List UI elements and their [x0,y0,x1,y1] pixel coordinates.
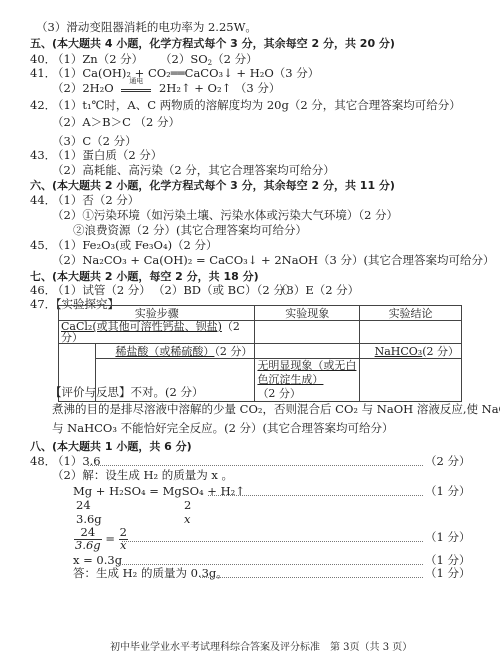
row3-phenomenon-line2: 色沉淀生成） [257,373,323,386]
row1-phenomenon [255,321,360,344]
h2-molar-mass: 2 [184,500,191,512]
q41-answer-1: （1）Ca(OH)₂ + CO₂══CaCO₃↓ + H₂O（3 分） [52,68,319,80]
row1-step-answer: CaCl₂(或其他可溶性钙盐、钡盐) [61,320,222,333]
q43-answer-2: （2）高耗能、高污染（2 分，其它合理答案均可给分） [52,165,335,177]
leader-dots [118,564,423,565]
q39-part3-answer: （3）滑动变阻器消耗的电功率为 2.25W。 [36,22,257,34]
q41-answer-2: （2）2H₂O 通电 2H₂↑ + O₂↑ （3 分） [52,83,280,95]
q43-answer-1: （1）蛋白质（2 分） [52,150,162,162]
q44-answer-2-1: （2）①污染环境（如污染土壤、污染水体或污染大气环境）（2 分） [52,210,398,222]
row3-conclusion [360,359,462,402]
q41-answer-2-products: 2H₂↑ + O₂↑ （3 分） [159,81,280,95]
row3-phenomenon: 无明显现象（或无白色沉淀生成）（2 分） [255,359,360,402]
fraction-right: 2x [119,527,128,551]
q44-answer-1: （1）否（2 分） [52,195,139,207]
equals-bar [121,89,151,92]
leader-dots [122,541,423,542]
leader-dots [208,495,423,496]
row3-phenomenon-score: （2 分） [257,387,301,400]
q46-answer-1: （1）试管（2 分） [52,285,151,297]
row2-step-answer: 稀盐酸（或稀硫酸） [115,345,214,358]
table-header-row: 实验步骤 实验现象 实验结论 [59,306,462,321]
header-steps: 实验步骤 [59,306,255,321]
row2-conclusion: NaHCO₃(2 分） [360,344,462,359]
ratio-score: （1 分） [425,532,470,544]
h2-unknown: x [184,514,191,526]
header-conclusion: 实验结论 [360,306,462,321]
q48-answer-2-intro: （2）解：设生成 H₂ 的质量为 x 。 [52,470,233,482]
explain-line-2: 与 NaHCO₃ 不能恰好完全反应。(2 分）(其它合理答案均可给分） [52,423,394,435]
row2-conclusion-score: (2 分） [422,345,459,358]
q40-answer-2-text: （2）SO [160,52,208,66]
q46-answer-3: （3）E（2 分） [275,285,359,297]
row2-step-score: （2 分） [214,345,252,358]
q40-answer-1: （1）Zn（2 分） [52,54,143,66]
q48-answer-1-score: （2 分） [425,456,470,468]
fraction-left-denominator: 3.6g [74,540,102,552]
q45-answer-2: （2）Na₂CO₃ + Ca(OH)₂ = CaCO₃↓ + 2NaOH（3 分… [52,255,495,267]
q45-answer-1: （1）Fe₂O₃(或 Fe₃O₄)（2 分） [52,240,218,252]
table-row: 稀盐酸（或稀硫酸）（2 分） NaHCO₃(2 分） [59,344,462,359]
section8-header: 八、(本大题共 1 小题，共 6 分) [30,441,192,452]
explain-line-1: 煮沸的目的是排尽溶液中溶解的少量 CO₂，否则混合后 CO₂ 与 NaOH 溶液… [52,404,500,416]
table-row: CaCl₂(或其他可溶性钙盐、钡盐)（2 分） [59,321,462,344]
reaction-condition-label: 通电 [121,78,151,85]
q44-answer-2-2: ②浪费资源（2 分）(其它合理答案均可给分） [73,225,307,237]
equation-score: （1 分） [425,486,470,498]
equals-sign: = [105,531,115,545]
leader-dots [200,577,423,578]
result: x = 0.3g [73,555,122,567]
q42-answer-3: （3）C（2 分） [52,136,137,148]
leader-dots [88,465,423,466]
reaction-condition: 通电 [121,85,151,92]
fraction-left: 243.6g [74,527,102,551]
q40-answer-2-tail: （2 分） [212,52,257,66]
reflection: 【评价与反思】不对。(2 分） [50,387,203,399]
result-score: （1 分） [425,555,470,567]
row2-conclusion-answer: NaHCO₃ [375,345,423,358]
final-answer-score: （1 分） [425,568,470,580]
ratio-equation: 243.6g = 2x [74,527,128,551]
q42-answer-1: （1）t₁℃时，A、C 两物质的溶解度均为 20g（2 分，其它合理答案均可给分… [52,100,461,112]
row3-phenomenon-line1: 无明显现象（或无白 [257,359,356,372]
section7-header: 七、(本大题共 2 小题，每空 2 分，共 18 分) [30,271,259,282]
header-phenomenon: 实验现象 [255,306,360,321]
section5-header: 五、(本大题共 4 小题，化学方程式每个 3 分，其余每空 2 分，共 20 分… [30,38,395,49]
mg-given-mass: 3.6g [76,514,102,526]
row1-conclusion [360,321,462,344]
page-footer: 初中毕业学业水平考试理科综合答案及评分标准 第 3页（共 3 页） [110,643,412,653]
row2-phenomenon [255,344,360,359]
reflection-answer: 不对。(2 分） [131,385,204,399]
reflection-title: 【评价与反思】 [50,385,131,399]
q40-answer-2: （2）SO2（2 分） [160,54,258,66]
mg-molar-mass: 24 [76,500,91,512]
section6-header: 六、(本大题共 2 小题，化学方程式每个 3 分，其余每空 2 分，共 11 分… [30,180,395,191]
row1-step: CaCl₂(或其他可溶性钙盐、钡盐)（2 分） [59,321,255,344]
row2-step: 稀盐酸（或稀硫酸）（2 分） [95,344,255,359]
q41-answer-2-reactant: （2）2H₂O [52,81,114,95]
q42-answer-2: （2）A＞B＞C （2 分） [52,117,180,129]
